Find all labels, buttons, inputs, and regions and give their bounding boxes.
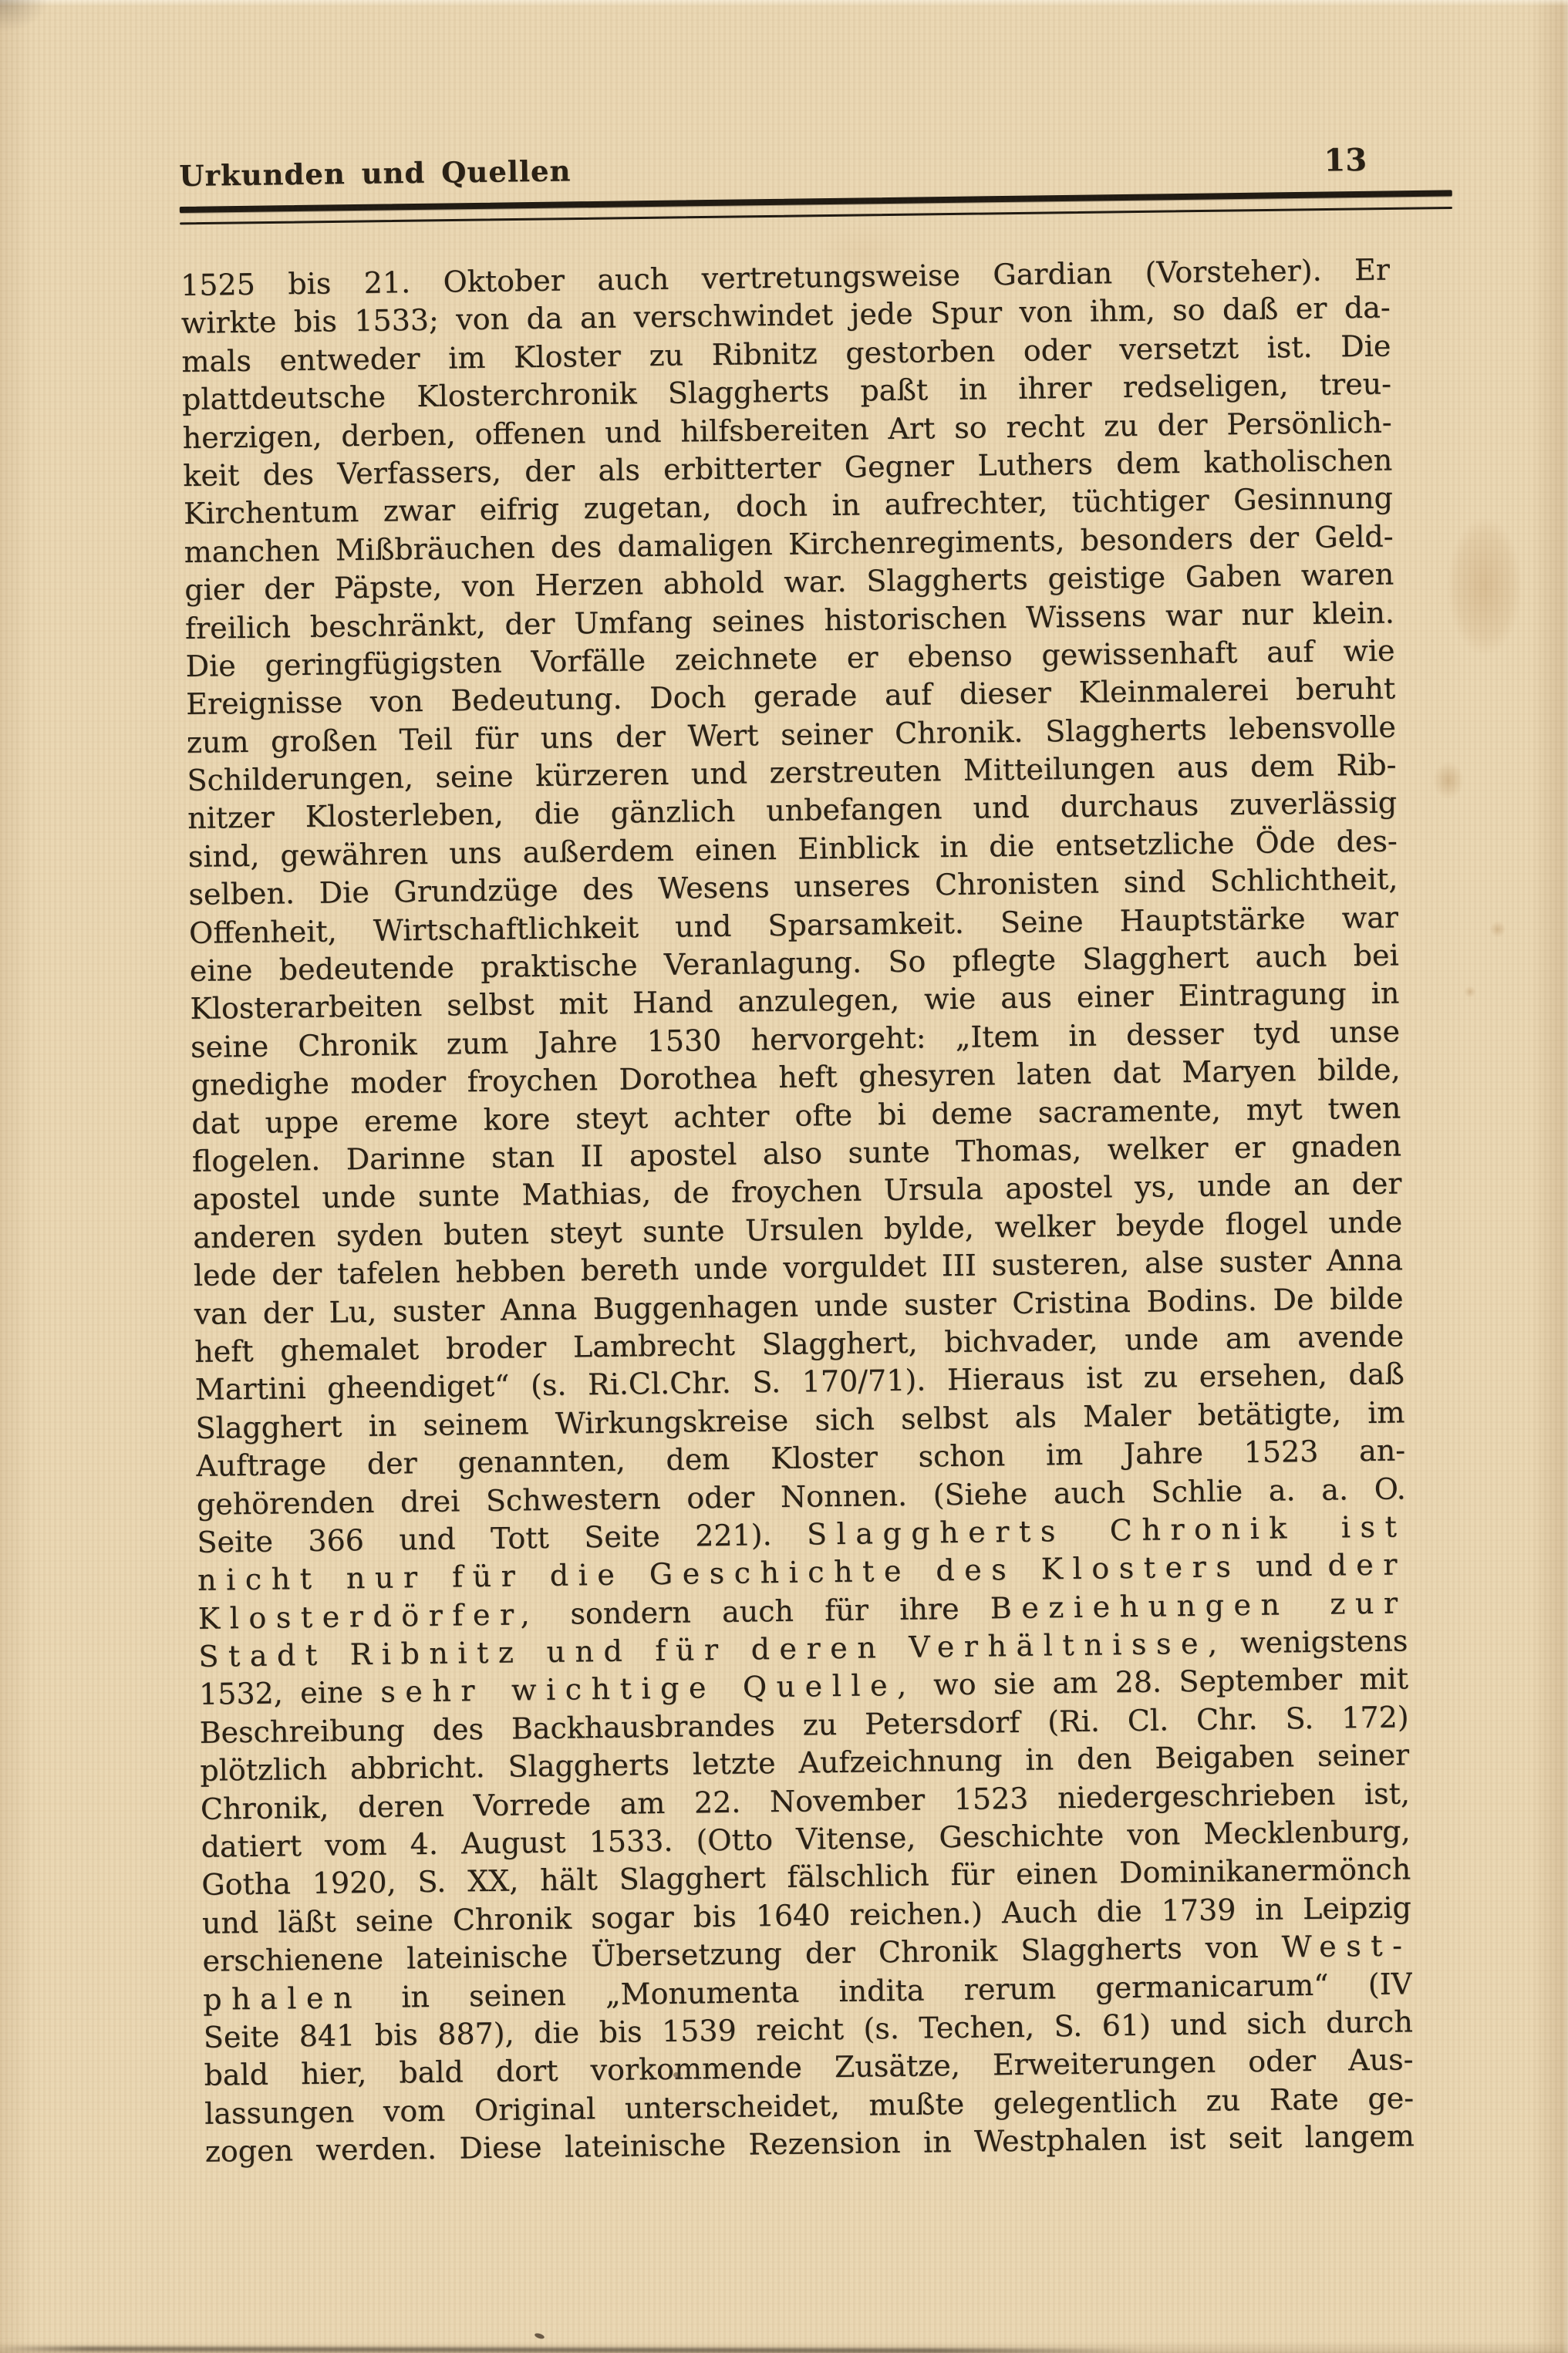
letterspaced-text: der: [1327, 1548, 1407, 1583]
letterspaced-text: West-: [1281, 1928, 1411, 1964]
text-segment: sondern auch für ihre: [539, 1591, 990, 1631]
page-title: Urkunden und Quellen: [179, 153, 572, 193]
text-segment: und: [1240, 1549, 1328, 1583]
letterspaced-text: Beziehungen zur: [990, 1586, 1408, 1625]
scan-edge-shadow: [0, 2346, 1145, 2353]
text-segment: Seite 366 und Tott Seite 221).: [197, 1517, 807, 1559]
letterspaced-text: Klosterdörfer,: [197, 1597, 539, 1636]
running-head: Urkunden und Quellen 13: [179, 143, 1388, 193]
text-segment: wo sie am 28. September mit: [916, 1662, 1408, 1702]
letterspaced-text: phalen: [203, 1980, 362, 2017]
text-segment: 1532, eine: [199, 1675, 381, 1711]
letterspaced-text: sehr wichtige Quelle,: [380, 1668, 916, 1709]
scanned-book-page: Urkunden und Quellen 13 1525 bis 21. Okt…: [0, 0, 1568, 2353]
ink-speck: [673, 2072, 679, 2078]
ink-speck: [534, 2332, 545, 2340]
page-content: Urkunden und Quellen 13 1525 bis 21. Okt…: [179, 143, 1415, 2171]
page-number: 13: [1324, 143, 1367, 178]
body-text: 1525 bis 21. Oktober auch vertretungswei…: [180, 251, 1415, 2171]
letterspaced-text: Slaggherts Chronik ist: [807, 1509, 1407, 1551]
